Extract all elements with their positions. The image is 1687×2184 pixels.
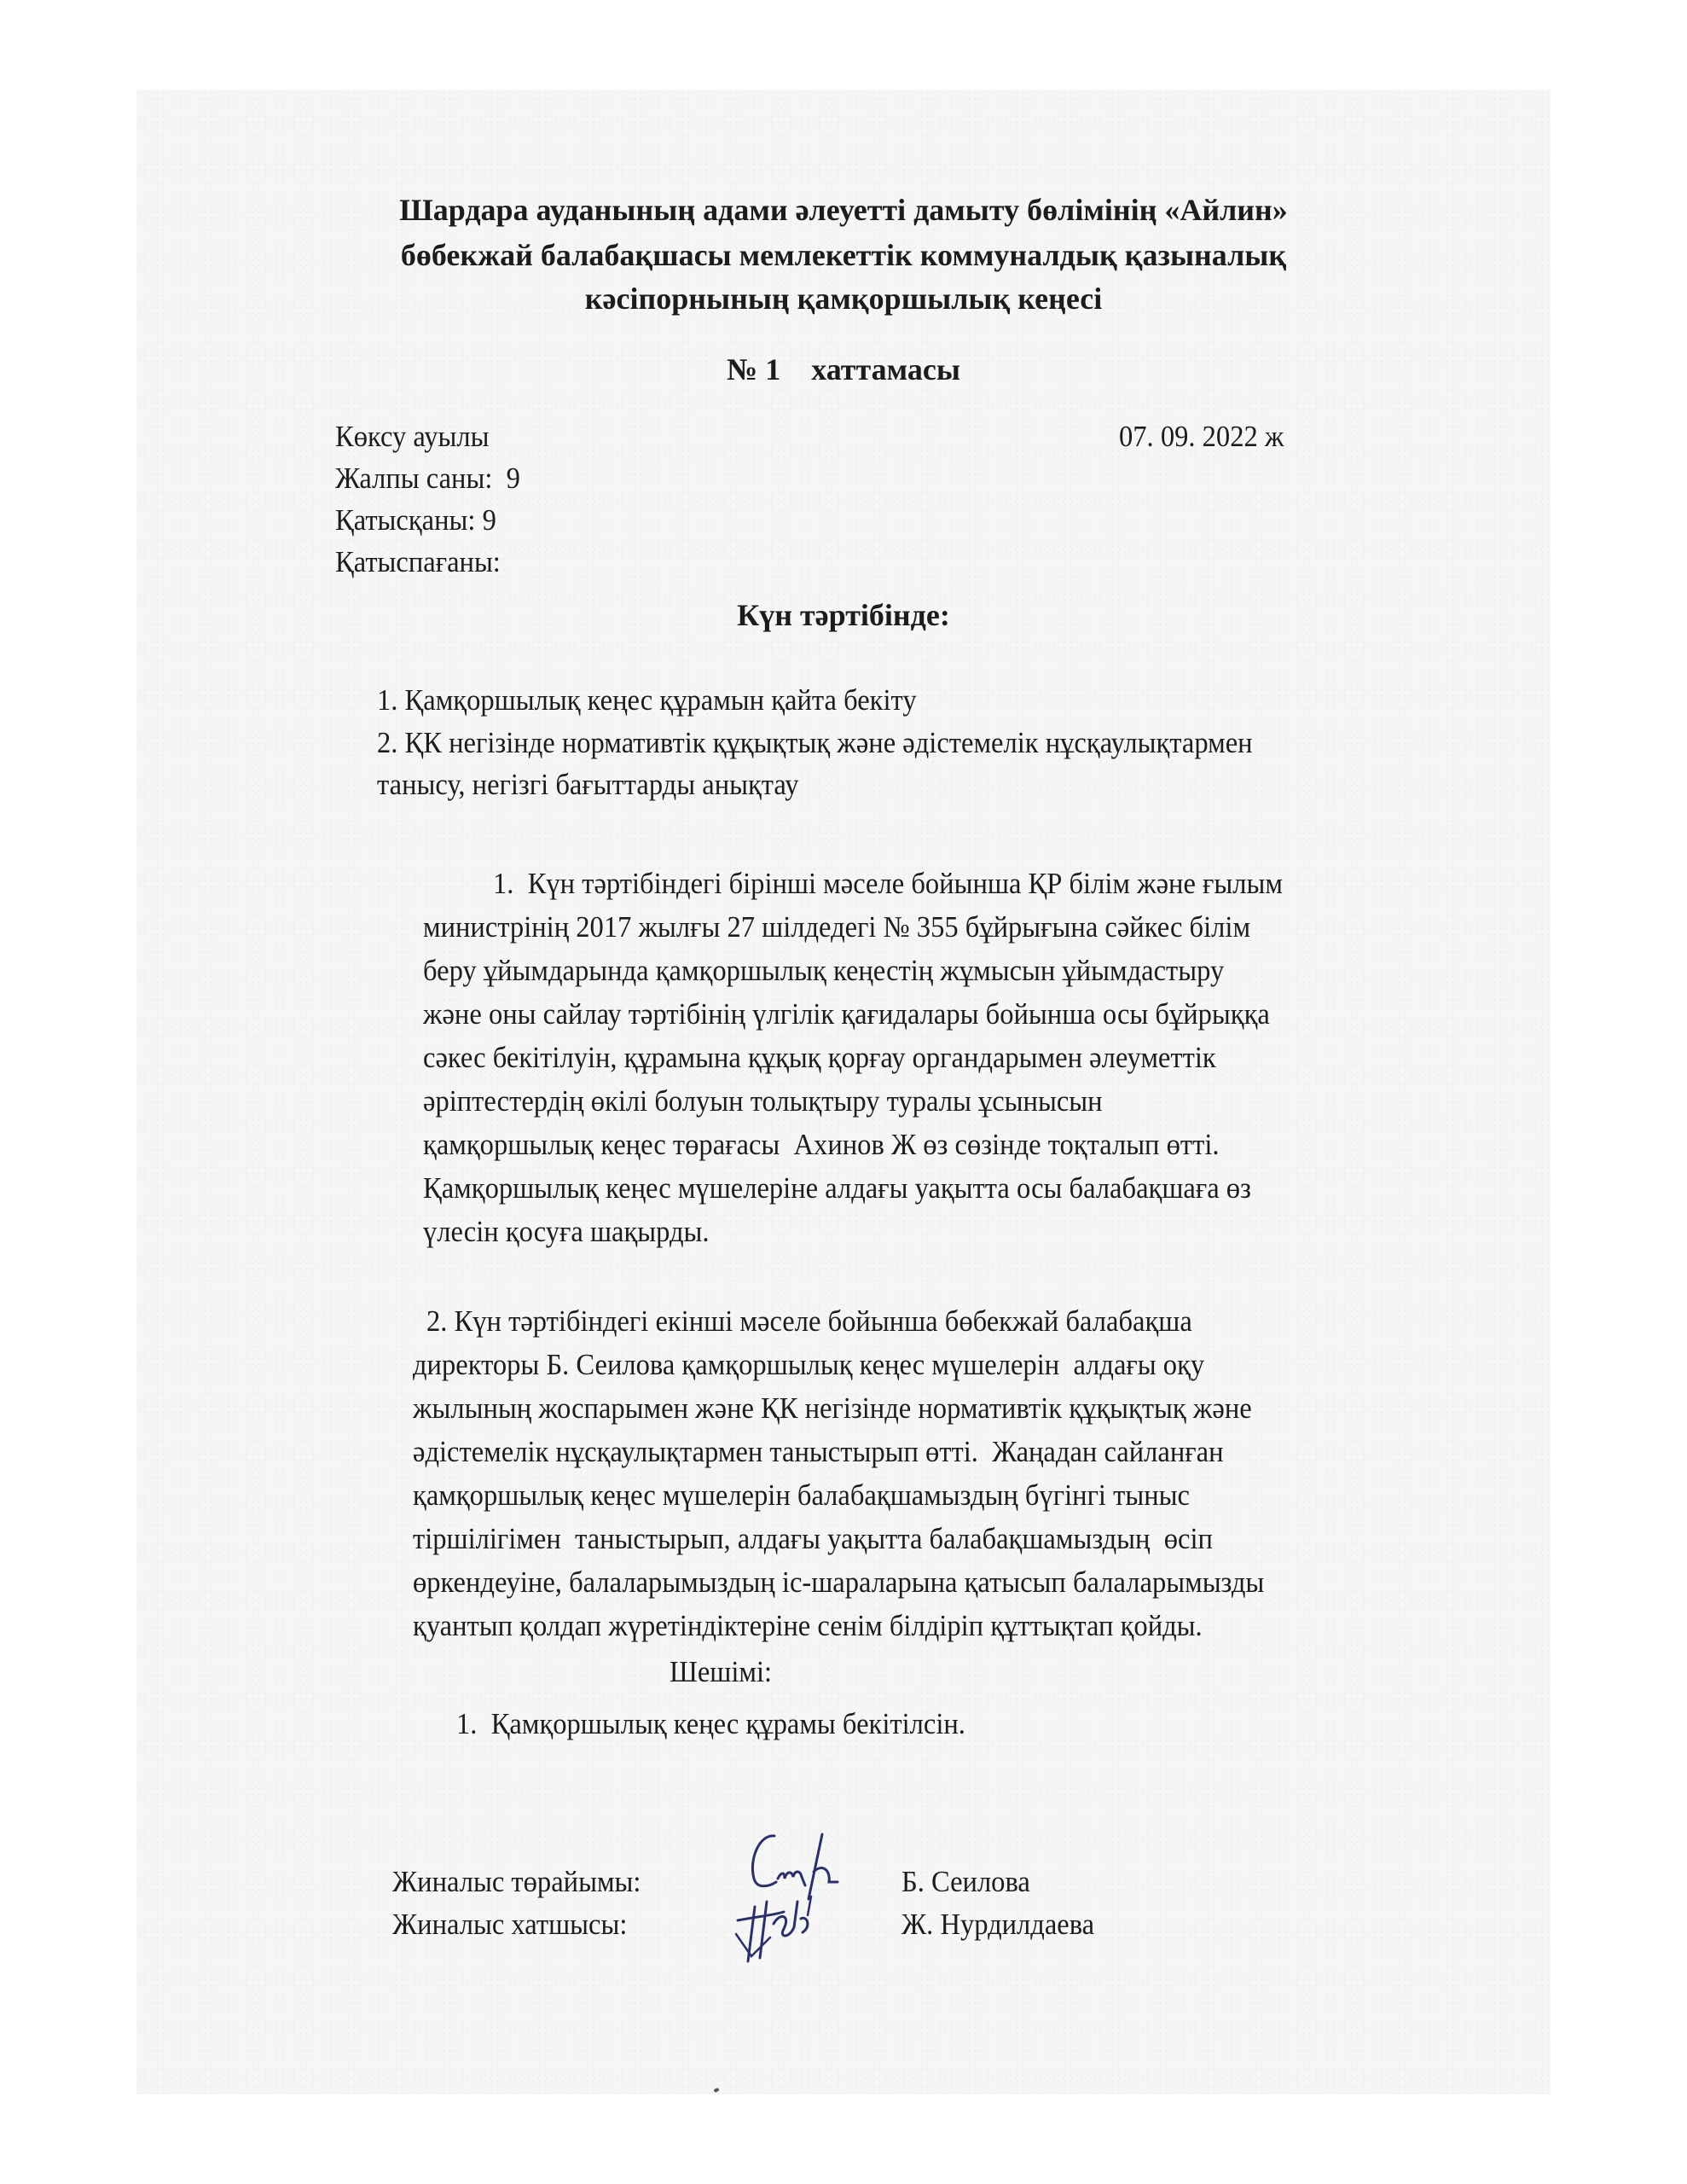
paragraph2-line: директоры Б. Сеилова қамқоршылық кеңес м… [413,1350,1204,1380]
secretary-signature [729,1890,823,1966]
paragraph1-line: беру ұйымдарында қамқоршылық кеңестің жұ… [423,955,1224,985]
paragraph1-line: қамқоршылық кеңес төрағасы Ахинов Ж өз с… [423,1130,1220,1159]
absent-count: Қатыспағаны: [335,547,501,577]
agenda-item-2: 2. ҚК негізінде нормативтік құқықтық жән… [377,728,1253,758]
paragraph1-line: 1. Күн тәртібіндегі бірінші мәселе бойын… [493,868,1283,898]
title-line-3: кәсіпорнының қамқоршылық кеңесі [0,283,1687,314]
date: 07. 09. 2022 ж [1119,421,1284,451]
agenda-item-2-cont: танысу, негізгі бағыттарды анықтау [377,770,798,799]
agenda-heading: Күн тәртібінде: [0,600,1687,630]
agenda-item-1: 1. Қамқоршылық кеңес құрамын қайта бекіт… [377,685,917,715]
present-count: Қатысқаны: 9 [335,505,496,535]
title-line-1: Шардара ауданының адами әлеуетті дамыту … [0,195,1687,225]
paragraph1-line: сәкес бекітілуін, құрамына құқық қорғау … [423,1043,1216,1072]
paragraph1-line: әріптестердің өкілі болуын толықтыру тур… [423,1086,1103,1116]
paragraph1-line: үлесін қосуға шақырды. [423,1217,710,1246]
paragraph2-line: әдістемелік нұсқаулықтармен таныстырып ө… [413,1437,1223,1467]
chair-name: Б. Сеилова [901,1867,1030,1896]
paragraph2-line: қуантып қолдап жүретіндіктеріне сенім бі… [413,1611,1203,1641]
decision-heading: Шешімі: [670,1657,772,1687]
paragraph1-line: Қамқоршылық кеңес мүшелеріне алдағы уақы… [423,1173,1251,1203]
secretary-label: Жиналыс хатшысы: [392,1909,627,1939]
decision-item-1: 1. Қамқоршылық кеңес құрамы бекітілсін. [456,1709,965,1739]
paragraph2-line: өркендеуіне, балаларымыздың іс-шараларын… [413,1567,1264,1597]
location: Көксу ауылы [335,421,489,451]
paragraph2-line: жылының жоспарымен және ҚК негізінде нор… [413,1393,1252,1423]
protocol-number: № 1 хаттамасы [0,354,1687,385]
paragraph2-line: қамқоршылық кеңес мүшелерін балабақшамыз… [413,1480,1190,1510]
paragraph2-line: тіршілігімен таныстырып, алдағы уақытта … [413,1524,1213,1554]
title-line-2: бөбекжай балабақшасы мемлекеттік коммуна… [0,240,1687,270]
paragraph1-line: министрінің 2017 жылғы 27 шілдедегі № 35… [423,912,1250,942]
paragraph1-line: және оны сайлау тәртібінің үлгілік қағид… [423,999,1270,1029]
paragraph2-line: 2. Күн тәртібіндегі екінші мәселе бойынш… [426,1306,1192,1336]
chair-label: Жиналыс төрайымы: [392,1867,641,1896]
total-count: Жалпы саны: 9 [335,463,520,493]
secretary-name: Ж. Нурдилдаева [901,1909,1094,1939]
